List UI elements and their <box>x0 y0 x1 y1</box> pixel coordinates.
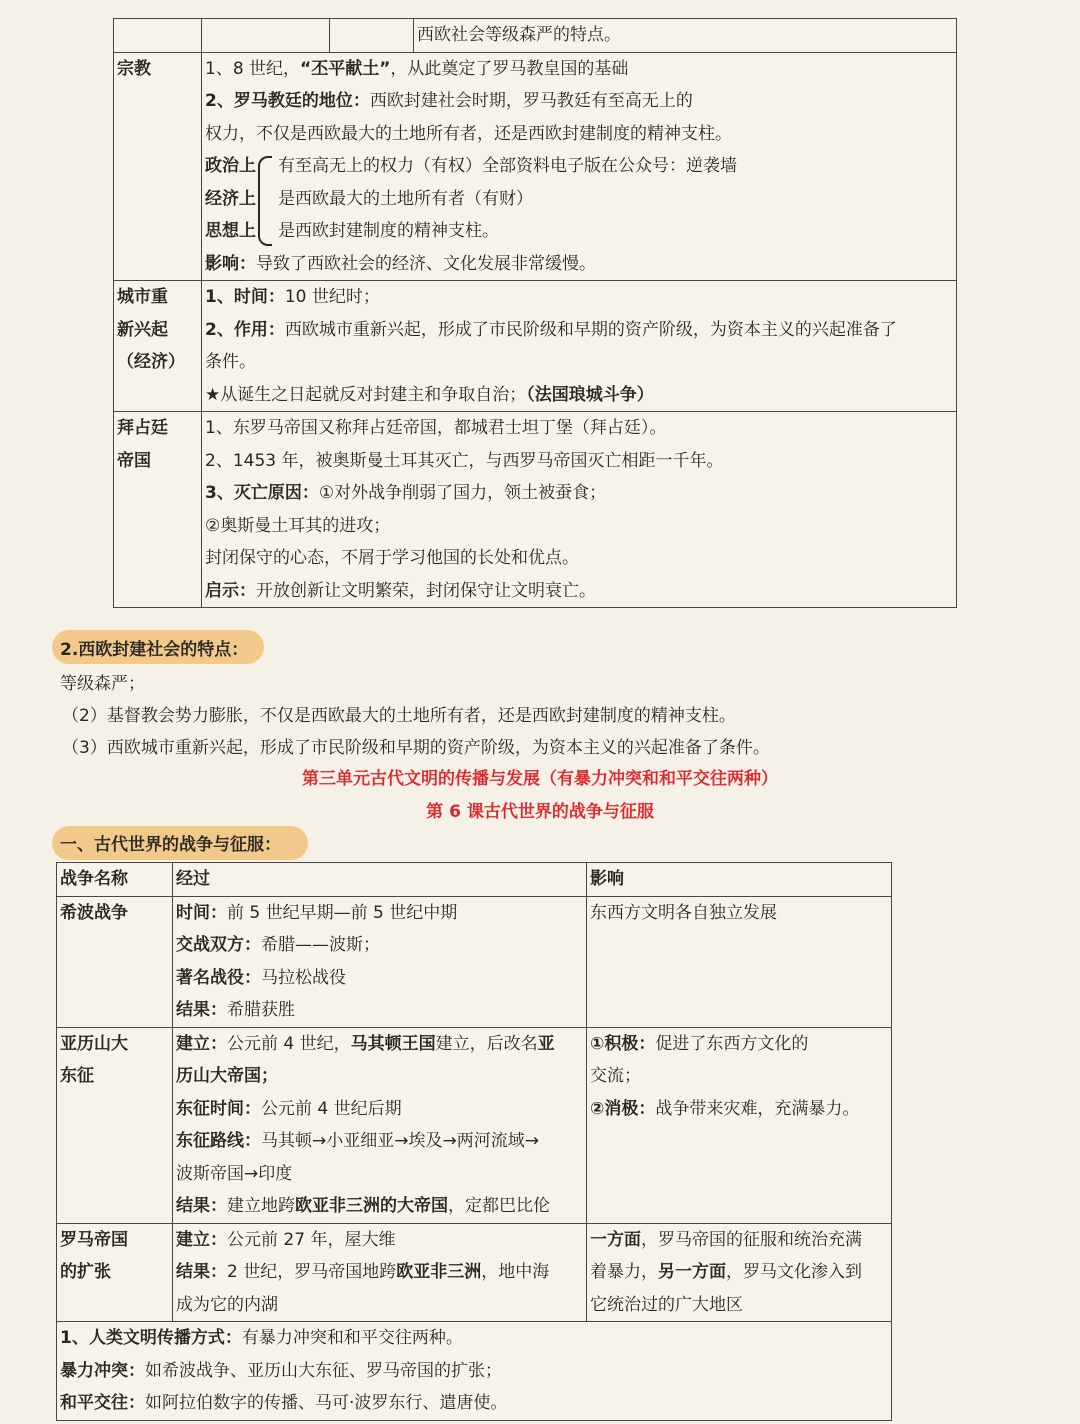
row-header: 拜占廷 帝国 <box>114 412 202 608</box>
war-process: 时间：前 5 世纪早期—前 5 世纪中期 交战双方：希腊——波斯； 著名战役：马… <box>173 896 587 1027</box>
war-impact: 东西方文明各自独立发展 <box>587 896 892 1027</box>
war-impact: 一方面，罗马帝国的征服和统治充满 着暴力，另一方面，罗马文化渗入到 它统治过的广… <box>587 1223 892 1322</box>
table-row-cities: 城市重 新兴起 （经济） 1、时间：10 世纪时； 2、作用：西欧城市重新兴起，… <box>114 281 957 412</box>
feature-item: （3）西欧城市重新兴起，形成了市民阶级和早期的资产阶级，为资本主义的兴起准备了条… <box>62 736 770 760</box>
war-name: 希波战争 <box>57 896 173 1027</box>
table-row-alexander: 亚历山大 东征 建立：公元前 4 世纪，马其顿王国建立，后改名亚 历山大帝国； … <box>57 1027 892 1223</box>
section-heading: 2.西欧封建社会的特点： <box>60 638 248 662</box>
content-line: 权力，不仅是西欧最大的土地所有者，还是西欧封建制度的精神支柱。 <box>205 118 953 151</box>
summary-cell: 1、人类文明传播方式：有暴力冲突和和平交往两种。 暴力冲突：如希波战争、亚历山大… <box>57 1322 892 1421</box>
feature-item: （2）基督教会势力膨胀，不仅是西欧最大的土地所有者，还是西欧封建制度的精神支柱。 <box>62 704 736 728</box>
section-heading: 一、古代世界的战争与征服： <box>60 833 281 857</box>
content-line: 启示：开放创新让文明繁荣，封闭保守让文明衰亡。 <box>205 575 953 608</box>
content-line: 条件。 <box>205 346 953 379</box>
table-row-byzantine: 拜占廷 帝国 1、东罗马帝国又称拜占廷帝国，都城君士坦丁堡（拜占廷）。 2、14… <box>114 412 957 608</box>
content-line: 影响：导致了西欧社会的经济、文化发展非常缓慢。 <box>205 248 953 281</box>
content-line: 3、灭亡原因：①对外战争削弱了国力，领土被蚕食； <box>205 477 953 510</box>
table-header-row: 战争名称 经过 影响 <box>57 863 892 897</box>
table-cell <box>114 19 202 53</box>
lesson-title: 第 6 课古代世界的战争与征服 <box>190 800 890 824</box>
content-line: 2、作用：西欧城市重新兴起，形成了市民阶级和早期的资产阶级，为资本主义的兴起准备… <box>205 314 953 347</box>
row-header: 宗教 <box>114 52 202 281</box>
war-process: 建立：公元前 4 世纪，马其顿王国建立，后改名亚 历山大帝国； 东征时间：公元前… <box>173 1027 587 1223</box>
content-line: 1、时间：10 世纪时； <box>205 281 953 314</box>
row-content: 1、8 世纪，“丕平献土”，从此奠定了罗马教皇国的基础 2、罗马教廷的地位：西欧… <box>202 52 957 281</box>
content-line: ②奥斯曼土耳其的进攻； <box>205 510 953 543</box>
table-medieval-europe: 西欧社会等级森严的特点。 宗教 1、8 世纪，“丕平献土”，从此奠定了罗马教皇国… <box>113 18 957 608</box>
brace-labels: 政治上 经济上 思想上 <box>205 150 256 248</box>
war-name: 亚历山大 东征 <box>57 1027 173 1223</box>
curly-brace-icon <box>258 156 272 246</box>
content-line: 封闭保守的心态，不屑于学习他国的长处和优点。 <box>205 542 953 575</box>
cell-text: 西欧社会等级森严的特点。 <box>417 19 953 52</box>
table-cell <box>202 19 330 53</box>
content-line: ★从诞生之日起就反对封建主和争取自治；（法国琅城斗争） <box>205 379 953 412</box>
column-header: 战争名称 <box>57 863 173 897</box>
row-content: 1、东罗马帝国又称拜占廷帝国，都城君士坦丁堡（拜占廷）。 2、1453 年，被奥… <box>202 412 957 608</box>
table-row-greco-persian: 希波战争 时间：前 5 世纪早期—前 5 世纪中期 交战双方：希腊——波斯； 著… <box>57 896 892 1027</box>
feature-item: 等级森严； <box>60 672 145 696</box>
war-impact: ①积极：促进了东西方文化的 交流； ②消极：战争带来灾难，充满暴力。 <box>587 1027 892 1223</box>
war-process: 建立：公元前 27 年，屋大维 结果：2 世纪，罗马帝国地跨欧亚非三洲，地中海 … <box>173 1223 587 1322</box>
content-line: 1、东罗马帝国又称拜占廷帝国，都城君士坦丁堡（拜占廷）。 <box>205 412 953 445</box>
table-ancient-wars: 战争名称 经过 影响 希波战争 时间：前 5 世纪早期—前 5 世纪中期 交战双… <box>56 862 892 1421</box>
row-content: 1、时间：10 世纪时； 2、作用：西欧城市重新兴起，形成了市民阶级和早期的资产… <box>202 281 957 412</box>
table-cell <box>330 19 414 53</box>
unit-title: 第三单元古代文明的传播与发展（有暴力冲突和和平交往两种） <box>190 767 890 791</box>
table-row-top: 西欧社会等级森严的特点。 <box>114 19 957 53</box>
brace-items: 有至高无上的权力（有权）全部资料电子版在公众号：逆袭墙 是西欧最大的土地所有者（… <box>278 150 737 248</box>
table-row-religion: 宗教 1、8 世纪，“丕平献土”，从此奠定了罗马教皇国的基础 2、罗马教廷的地位… <box>114 52 957 281</box>
content-line: 2、1453 年，被奥斯曼土耳其灭亡，与西罗马帝国灭亡相距一千年。 <box>205 445 953 478</box>
table-footer-row: 1、人类文明传播方式：有暴力冲突和和平交往两种。 暴力冲突：如希波战争、亚历山大… <box>57 1322 892 1421</box>
column-header: 影响 <box>587 863 892 897</box>
column-header: 经过 <box>173 863 587 897</box>
brace-group: 政治上 经济上 思想上 有至高无上的权力（有权）全部资料电子版在公众号：逆袭墙 … <box>205 150 953 248</box>
content-line: 2、罗马教廷的地位：西欧封建社会时期，罗马教廷有至高无上的 <box>205 85 953 118</box>
content-line: 1、8 世纪，“丕平献土”，从此奠定了罗马教皇国的基础 <box>205 53 953 86</box>
war-name: 罗马帝国 的扩张 <box>57 1223 173 1322</box>
table-row-roman: 罗马帝国 的扩张 建立：公元前 27 年，屋大维 结果：2 世纪，罗马帝国地跨欧… <box>57 1223 892 1322</box>
table-cell: 西欧社会等级森严的特点。 <box>414 19 957 53</box>
row-header: 城市重 新兴起 （经济） <box>114 281 202 412</box>
